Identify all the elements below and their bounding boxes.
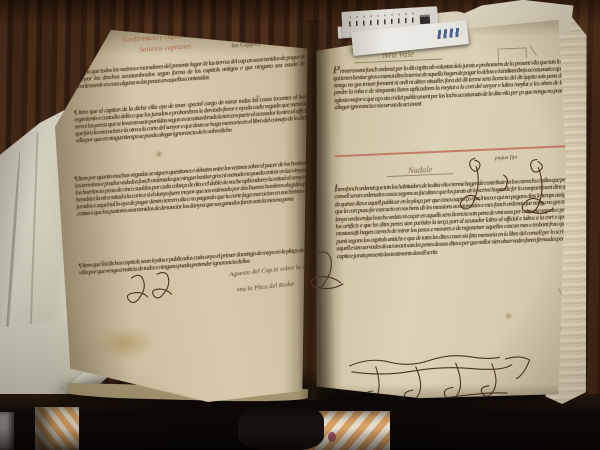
right-paragraph-1: Primerament fonch ordenat per lo dit cap… [333,56,567,159]
rubric-stroke [151,272,172,298]
scale-end-block [420,15,431,25]
manuscript-photo: Confirmacio y capitols Salarios capitane… [0,0,600,450]
right-page: Nra Vale Wlbs. q up flr mp. Primerament … [314,16,566,402]
flourish-stroke [311,252,343,289]
right-title-nadale: Nadale [387,163,453,177]
gutter-end-flourish [305,248,351,294]
left-page: Confirmacio y capitols Salarios capitane… [55,30,310,402]
scale-tick-marks [349,17,415,26]
blue-print-marks [437,27,462,39]
notarial-rubric-small [123,267,179,305]
right-page-script-block: Nra Vale Wlbs. q up flr mp. Primerament … [319,12,575,398]
left-margin-note: Moz [100,259,110,266]
left-paragraph-3: ¶ Item por quanto muchas vegadas se sigu… [74,159,321,260]
floor-darkening [0,428,600,450]
gutter-shadow [292,20,337,401]
rubric-caption: pagua fija [495,154,518,161]
right-paragraph-2: Item fonch ordenat que tots los habitado… [334,174,580,362]
signature-stroke [349,353,512,375]
rubric-stroke [126,275,148,303]
